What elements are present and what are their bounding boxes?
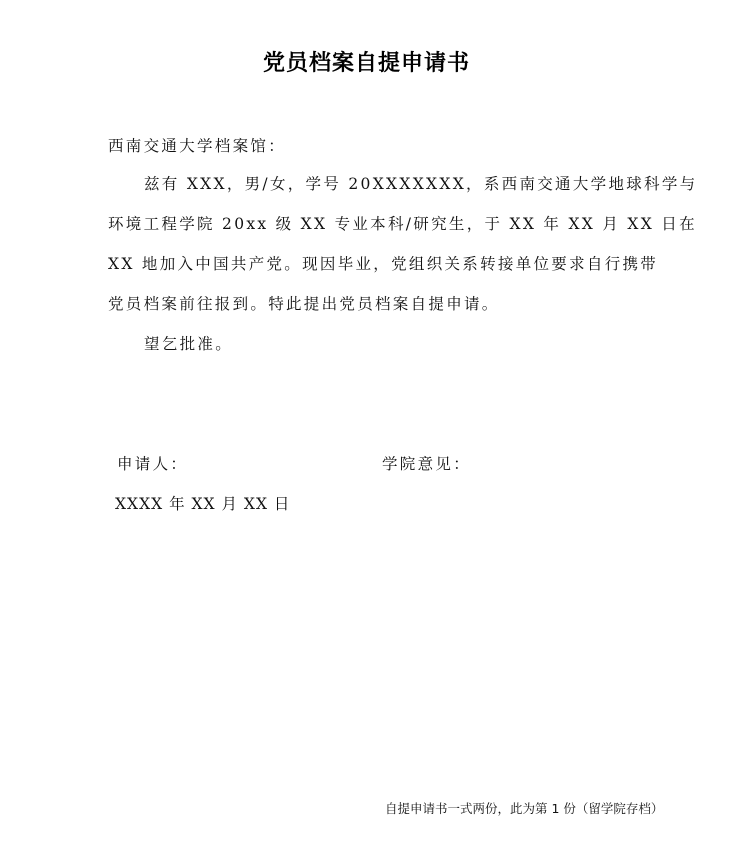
document-title: 党员档案自提申请书 xyxy=(0,46,733,77)
body-line-2: 环境工程学院 20xx 级 XX 专业本科/研究生，于 XX 年 XX 月 XX… xyxy=(108,212,697,234)
salutation: 西南交通大学档案馆： xyxy=(108,127,640,165)
college-opinion-label: 学院意见： xyxy=(382,452,471,474)
footer-note: 自提申请书一式两份，此为第 1 份（留学院存档） xyxy=(385,799,663,817)
signature-date: XXXX 年 XX 月 XX 日 xyxy=(115,492,290,514)
body-line-4: 党员档案前往报到。特此提出党员档案自提申请。 xyxy=(108,292,500,314)
body-line-3: XX 地加入中国共产党。现因毕业，党组织关系转接单位要求自行携带 xyxy=(108,252,658,274)
closing-line: 望乞批准。 xyxy=(144,332,233,354)
body-line-1: 兹有 XXX，男/女，学号 20XXXXXXX，系西南交通大学地球科学与 xyxy=(144,172,697,194)
applicant-label: 申请人： xyxy=(117,452,188,474)
